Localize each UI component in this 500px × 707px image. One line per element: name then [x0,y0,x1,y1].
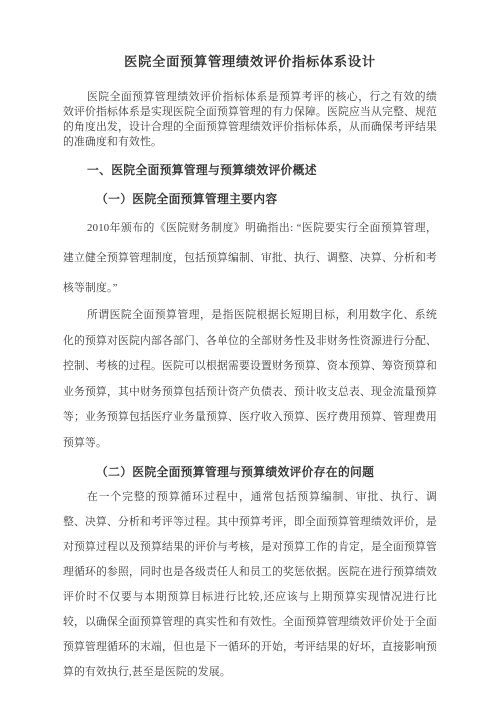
page-title: 医院全面预算管理绩效评价指标体系设计 [63,52,437,72]
paragraph-problems: 在一个完整的预算循环过程中，通常包括预算编制、审批、执行、调整、决算、分析和考评… [63,485,437,685]
paragraph-policy-2010: 2010年颁布的《医院财务制度》明确指出: “医院要实行全面预算管理，建立健全预… [63,213,437,303]
subsection-heading-problems: （二）医院全面预算管理与预算绩效评价存在的问题 [63,465,437,479]
document-content: 医院全面预算管理绩效评价指标体系设计 医院全面预算管理绩效评价指标体系是预算考评… [63,52,437,685]
paragraph-definition: 所谓医院全面预算管理，是指医院根据长短期目标，利用数字化、系统化的预算对医院内部… [63,303,437,456]
intro-paragraph: 医院全面预算管理绩效评价指标体系是预算考评的核心，行之有效的绩效评价指标体系是实… [63,90,437,150]
document-page: 医院全面预算管理绩效评价指标体系设计 医院全面预算管理绩效评价指标体系是预算考评… [0,0,500,707]
section-heading-overview: 一、医院全面预算管理与预算绩效评价概述 [63,163,437,177]
subsection-heading-main-content: （一）医院全面预算管理主要内容 [63,192,437,206]
